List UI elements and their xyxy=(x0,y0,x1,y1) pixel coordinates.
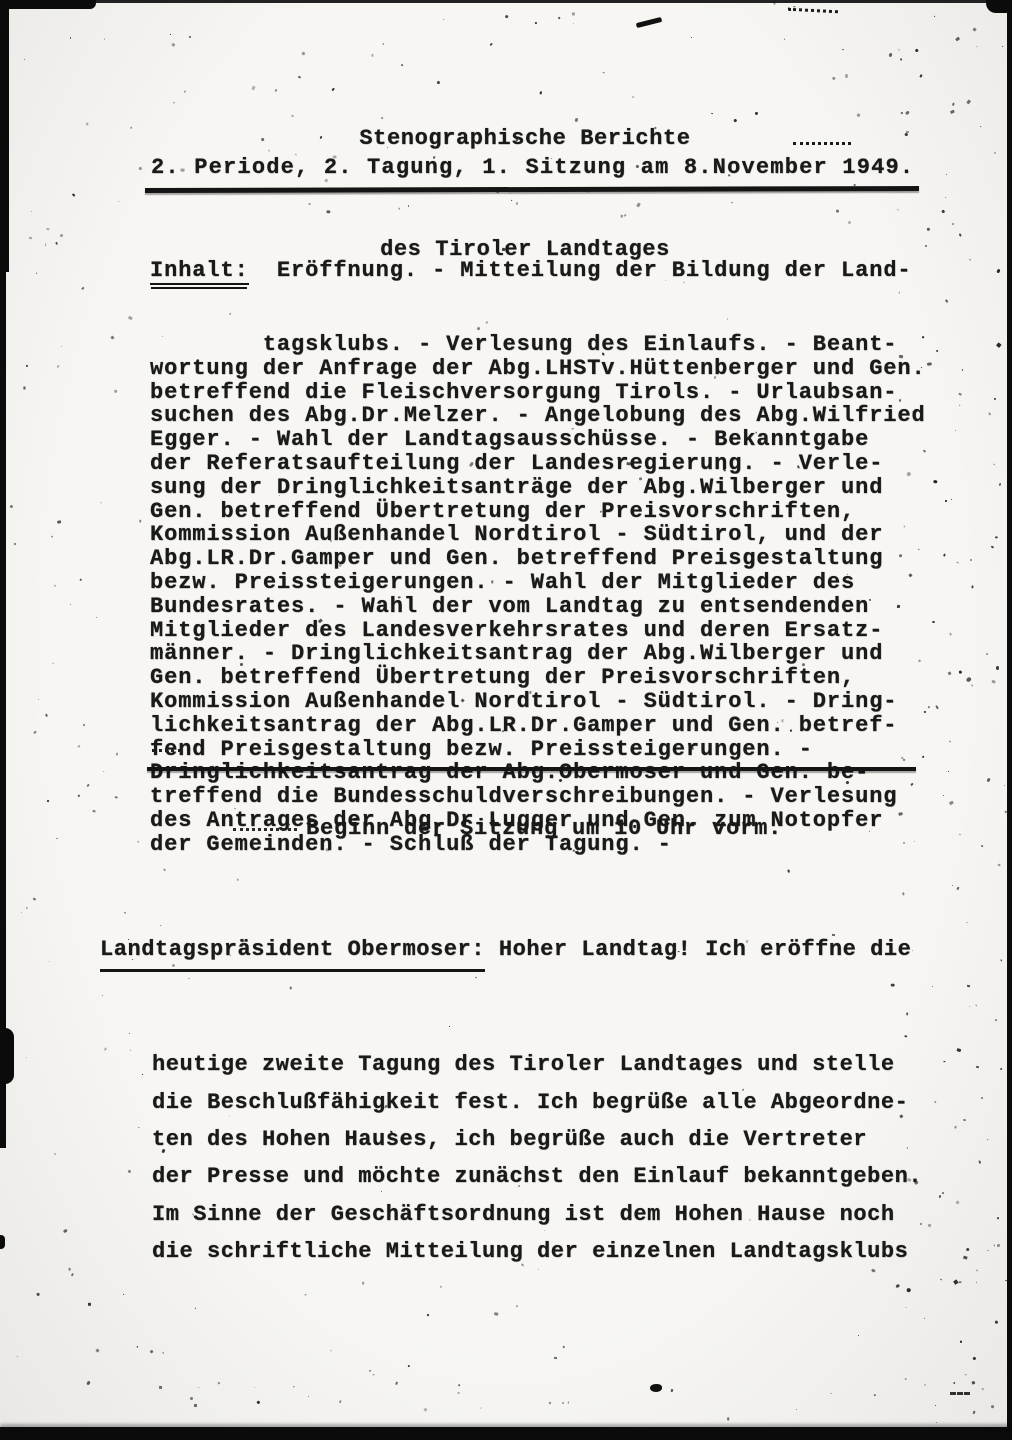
speckle xyxy=(457,1384,460,1386)
toc-line: treffend die Bundesschuldverschreibungen… xyxy=(150,785,926,809)
toc-line: Abg.LR.Dr.Gamper und Gen. betreffend Pre… xyxy=(150,547,926,571)
toc-line: Dringlichkeitsantrag der Abg.Obermoser u… xyxy=(150,761,926,785)
speckle xyxy=(14,543,17,546)
speckle xyxy=(52,662,55,665)
toc-first-line: Inhalt: Eröffnung. - Mitteilung der Bild… xyxy=(150,259,926,286)
speckle xyxy=(557,17,560,20)
speckle xyxy=(935,1404,937,1406)
speckle xyxy=(563,1346,565,1348)
speckle xyxy=(504,15,508,19)
speckle xyxy=(100,502,102,504)
speckle xyxy=(954,1125,957,1128)
speckle xyxy=(95,1349,99,1353)
speckle xyxy=(987,1139,988,1140)
speckle xyxy=(986,652,989,655)
speckle xyxy=(572,13,575,16)
speckle xyxy=(194,1404,197,1407)
speckle xyxy=(949,633,952,636)
speckle xyxy=(942,1192,945,1195)
speckle xyxy=(137,840,139,843)
speckle xyxy=(50,536,52,538)
speckle xyxy=(1004,785,1006,787)
speckle xyxy=(86,783,90,787)
speckle xyxy=(931,621,934,623)
speckle xyxy=(115,796,118,799)
speckle xyxy=(115,752,118,756)
scan-artifact-dots xyxy=(793,142,851,145)
speckle xyxy=(948,671,952,675)
toc-line: Bundesrates. - Wahl der vom Landtag zu e… xyxy=(150,595,926,619)
speckle xyxy=(24,387,26,390)
speckle xyxy=(980,845,983,848)
speckle xyxy=(21,912,22,913)
scan-edge-left-bump xyxy=(0,1028,14,1084)
speckle xyxy=(562,1402,565,1405)
speckle xyxy=(77,744,80,747)
speckle xyxy=(25,1056,26,1057)
speckle xyxy=(953,1381,956,1384)
speech-line: die Beschlußfähigkeit fest. Ich begrüße … xyxy=(100,1084,922,1121)
speckle xyxy=(997,864,1000,867)
speckle xyxy=(975,1004,977,1007)
speech-line: heutige zweite Tagung des Tiroler Landta… xyxy=(100,1046,922,1083)
speckle xyxy=(458,1392,460,1394)
speckle xyxy=(945,500,948,502)
scan-artifact-dash xyxy=(636,17,662,28)
toc-first-line-text: Eröffnung. - Mitteilung der Bildung der … xyxy=(249,258,912,283)
speckle xyxy=(931,986,932,987)
speckle xyxy=(952,885,954,887)
speckle xyxy=(830,1393,832,1395)
speckle xyxy=(373,1374,375,1376)
speech-line: ten des Hohen Hauses, ich begrüße auch d… xyxy=(100,1121,922,1158)
speckle xyxy=(257,1400,261,1404)
speech-lines: heutige zweite Tagung des Tiroler Landta… xyxy=(100,1046,922,1270)
speckle xyxy=(170,34,171,35)
speckle xyxy=(959,834,961,835)
speckle xyxy=(971,1381,975,1385)
speckle xyxy=(944,1061,946,1063)
speckle xyxy=(969,1005,971,1007)
session-heading: 2. Periode, 2. Tagung, 1. Sitzung am 8.N… xyxy=(151,155,914,180)
section-divider-rule xyxy=(147,767,916,771)
session-begin-note: Beginn der Sitzung um 10 Uhr vorm. xyxy=(306,816,782,841)
speckle xyxy=(190,1397,193,1400)
speckle xyxy=(70,604,71,605)
speckle xyxy=(86,1380,90,1385)
speckle xyxy=(965,1374,967,1376)
speckle xyxy=(962,369,964,371)
speckle xyxy=(994,398,997,401)
speckle xyxy=(92,810,95,813)
speckle xyxy=(480,1407,482,1409)
speckle xyxy=(340,1400,343,1403)
scan-edge-right xyxy=(1007,0,1012,1440)
speckle xyxy=(423,1408,427,1412)
scan-artifact-dots xyxy=(788,8,838,14)
speckle xyxy=(33,730,37,734)
speckle xyxy=(395,1381,398,1385)
speckle xyxy=(936,1422,937,1423)
speckle xyxy=(959,1281,962,1284)
speckle xyxy=(999,1067,1002,1070)
speckle xyxy=(61,346,62,347)
speech-line: der Presse und möchte zunächst den Einla… xyxy=(100,1158,922,1195)
toc-line: Mitglieder des Landesverkehrsrates und d… xyxy=(150,619,926,643)
speckle xyxy=(956,1200,960,1204)
speckle xyxy=(996,1216,999,1219)
speckle xyxy=(217,1381,219,1383)
speckle xyxy=(996,342,1001,347)
toc-line: Gen. betreffend Übertretung der Preisvor… xyxy=(150,666,926,690)
toc-line: bezw. Preissteigerungen. - Wahl der Mitg… xyxy=(150,571,926,595)
speckle xyxy=(63,1229,68,1233)
speckle xyxy=(71,1273,74,1276)
speckle xyxy=(102,771,104,773)
speckle xyxy=(37,1293,40,1296)
speckle xyxy=(54,1153,57,1156)
speckle xyxy=(253,1387,255,1389)
speckle xyxy=(971,585,973,588)
speckle xyxy=(955,36,960,41)
speckle xyxy=(924,1384,926,1386)
speckle xyxy=(963,1119,966,1122)
speckle xyxy=(905,1378,907,1380)
speckle xyxy=(999,483,1002,487)
toc-line: Kommission Außenhandel Nordtirol - Südti… xyxy=(150,690,926,714)
speckle xyxy=(308,1396,309,1397)
speckle xyxy=(970,559,972,561)
speckle xyxy=(982,1388,984,1390)
speckle xyxy=(1001,959,1003,962)
speckle xyxy=(924,1317,926,1319)
speckle xyxy=(728,1418,730,1421)
toc-line: suchen des Abg.Dr.Melzer. - Angelobung d… xyxy=(150,404,926,428)
scan-artifact-dots xyxy=(152,749,182,752)
speckle xyxy=(784,38,785,39)
speckle xyxy=(408,1365,410,1367)
speckle xyxy=(934,16,935,18)
speckle xyxy=(136,1346,138,1348)
speckle xyxy=(996,666,999,670)
toc-line: fend Preisgestaltung bezw. Preissteigeru… xyxy=(150,738,926,762)
speckle xyxy=(936,350,939,353)
speckle xyxy=(139,519,141,522)
speckle xyxy=(70,37,71,39)
toc-label: Inhalt: xyxy=(150,259,249,286)
speech-paragraph: Landtagspräsident Obermoser: Hoher Landt… xyxy=(100,856,922,1345)
speckle xyxy=(933,1101,936,1104)
speckle xyxy=(964,1255,968,1259)
title-line-1: Stenographische Berichte xyxy=(38,120,1012,157)
toc-line: Gen. betreffend Übertretung der Preisvor… xyxy=(150,500,926,524)
speckle xyxy=(383,42,385,44)
speckle xyxy=(967,985,970,988)
speckle xyxy=(949,800,954,805)
speckle xyxy=(9,504,13,508)
speckle xyxy=(991,680,996,685)
speckle xyxy=(16,1356,18,1359)
toc-line: der Referatsaufteilung der Landesregieru… xyxy=(150,452,926,476)
toc-line: betreffend die Fleischversorgung Tirols.… xyxy=(150,381,926,405)
speckle xyxy=(959,405,960,407)
speckle xyxy=(691,37,692,38)
toc-line: lichkeitsantrag der Abg.LR.Dr.Gamper und… xyxy=(150,714,926,738)
speckle xyxy=(966,922,968,924)
speckle xyxy=(553,1357,556,1359)
speckle xyxy=(369,1369,371,1372)
speckle xyxy=(197,1387,199,1389)
speckle xyxy=(966,1248,969,1251)
speckle xyxy=(997,1244,1000,1247)
speckle xyxy=(988,412,992,416)
toc-lines: tagsklubs. - Verlesung des Einlaufs. - B… xyxy=(150,333,926,857)
speech-first-line-text: Hoher Landtag! Ich eröffne die xyxy=(485,937,911,962)
speckle xyxy=(973,27,977,32)
speckle xyxy=(955,430,957,432)
speckle xyxy=(993,464,995,467)
speckle xyxy=(957,887,960,890)
toc-line: Egger. - Wahl der Landtagsausschüsse. - … xyxy=(150,428,926,452)
speech-line: Im Sinne der Geschäftsordnung ist dem Ho… xyxy=(100,1196,922,1233)
speckle xyxy=(966,676,972,682)
speckle xyxy=(987,1250,989,1252)
speckle xyxy=(949,740,951,742)
speckle xyxy=(83,724,85,727)
speckle xyxy=(976,1282,977,1283)
speckle xyxy=(96,617,98,619)
speckle xyxy=(874,1394,876,1396)
speckle xyxy=(991,545,994,548)
speckle xyxy=(38,699,39,700)
speckle xyxy=(189,36,192,38)
speckle xyxy=(951,499,952,501)
scan-artifact-dots xyxy=(233,828,297,831)
scan-edge-left-wide xyxy=(0,0,9,272)
speckle xyxy=(68,1267,71,1270)
scan-artifact-dash xyxy=(950,1392,970,1395)
speckle xyxy=(114,390,117,394)
speckle xyxy=(976,1269,978,1271)
speckle xyxy=(972,1410,975,1414)
speckle xyxy=(47,799,50,802)
toc-line: sung der Dringlichkeitsanträge der Abg.W… xyxy=(150,476,926,500)
speckle xyxy=(975,1066,978,1069)
speckle xyxy=(955,562,958,564)
speckle xyxy=(991,1405,995,1409)
speckle xyxy=(980,1097,982,1099)
speckle xyxy=(33,898,36,901)
speckle xyxy=(928,1224,932,1228)
speckle xyxy=(49,961,50,962)
scan-artifact-blob xyxy=(650,1384,662,1392)
speckle xyxy=(993,1245,995,1248)
speckle xyxy=(994,536,997,539)
speckle xyxy=(971,684,973,687)
speckle xyxy=(162,1351,164,1353)
speech-first-line: Landtagspräsident Obermoser: Hoher Landt… xyxy=(100,931,922,972)
speckle xyxy=(960,1341,962,1343)
speckle xyxy=(293,1386,295,1387)
toc-line: wortung der Anfrage der Abg.LHSTv.Hütten… xyxy=(150,357,926,381)
speckle xyxy=(443,19,444,20)
speckle xyxy=(56,838,58,840)
scan-edge-top xyxy=(0,0,1012,3)
speckle xyxy=(104,39,105,40)
speckle xyxy=(45,713,48,716)
speckle xyxy=(934,480,938,484)
speckle xyxy=(986,777,991,782)
speckle xyxy=(26,907,28,909)
speckle xyxy=(54,585,56,587)
speckle xyxy=(954,1279,959,1284)
toc-line: männer. - Dringlichkeitsantrag der Abg.W… xyxy=(150,642,926,666)
scanned-document-page: Stenographische Berichte des Tiroler Lan… xyxy=(0,0,1012,1440)
speckle xyxy=(939,1195,942,1198)
speckle xyxy=(959,393,962,396)
speckle xyxy=(959,670,962,674)
speckle xyxy=(978,1161,981,1165)
speckle xyxy=(927,362,932,366)
speckle xyxy=(330,1350,332,1352)
speckle xyxy=(994,1019,997,1022)
speaker-name: Landtagspräsident Obermoser: xyxy=(100,931,485,972)
speckle xyxy=(940,1279,942,1281)
speckle xyxy=(56,365,60,369)
speckle xyxy=(58,520,62,523)
speckle xyxy=(549,1401,552,1404)
table-of-contents: Inhalt: Eröffnung. - Mitteilung der Bild… xyxy=(150,211,926,904)
speckle xyxy=(567,1401,569,1403)
speckle xyxy=(573,23,574,24)
scan-edge-top-left xyxy=(0,0,96,9)
speckle xyxy=(796,1409,797,1410)
toc-line: tagsklubs. - Verlesung des Einlaufs. - B… xyxy=(150,333,926,357)
speckle xyxy=(973,1357,977,1361)
speckle xyxy=(928,706,930,708)
speckle xyxy=(159,1386,163,1389)
scan-edge-bottom xyxy=(0,1427,1012,1440)
speckle xyxy=(934,705,938,709)
speckle xyxy=(943,553,946,556)
speech-line: die schriftliche Mitteilung der einzelne… xyxy=(100,1233,922,1270)
speckle xyxy=(535,22,537,24)
speckle xyxy=(943,795,945,797)
speckle xyxy=(79,579,81,581)
speckle xyxy=(88,1303,91,1306)
speckle xyxy=(78,794,81,797)
scan-edge-left-low xyxy=(0,1235,5,1249)
speckle xyxy=(995,1320,998,1324)
speckle xyxy=(150,1349,154,1353)
speckle xyxy=(671,1389,674,1392)
speckle xyxy=(26,365,28,367)
speckle xyxy=(956,1048,961,1052)
toc-line: Kommission Außenhandel Nordtirol - Südti… xyxy=(150,523,926,547)
speckle xyxy=(948,771,949,772)
